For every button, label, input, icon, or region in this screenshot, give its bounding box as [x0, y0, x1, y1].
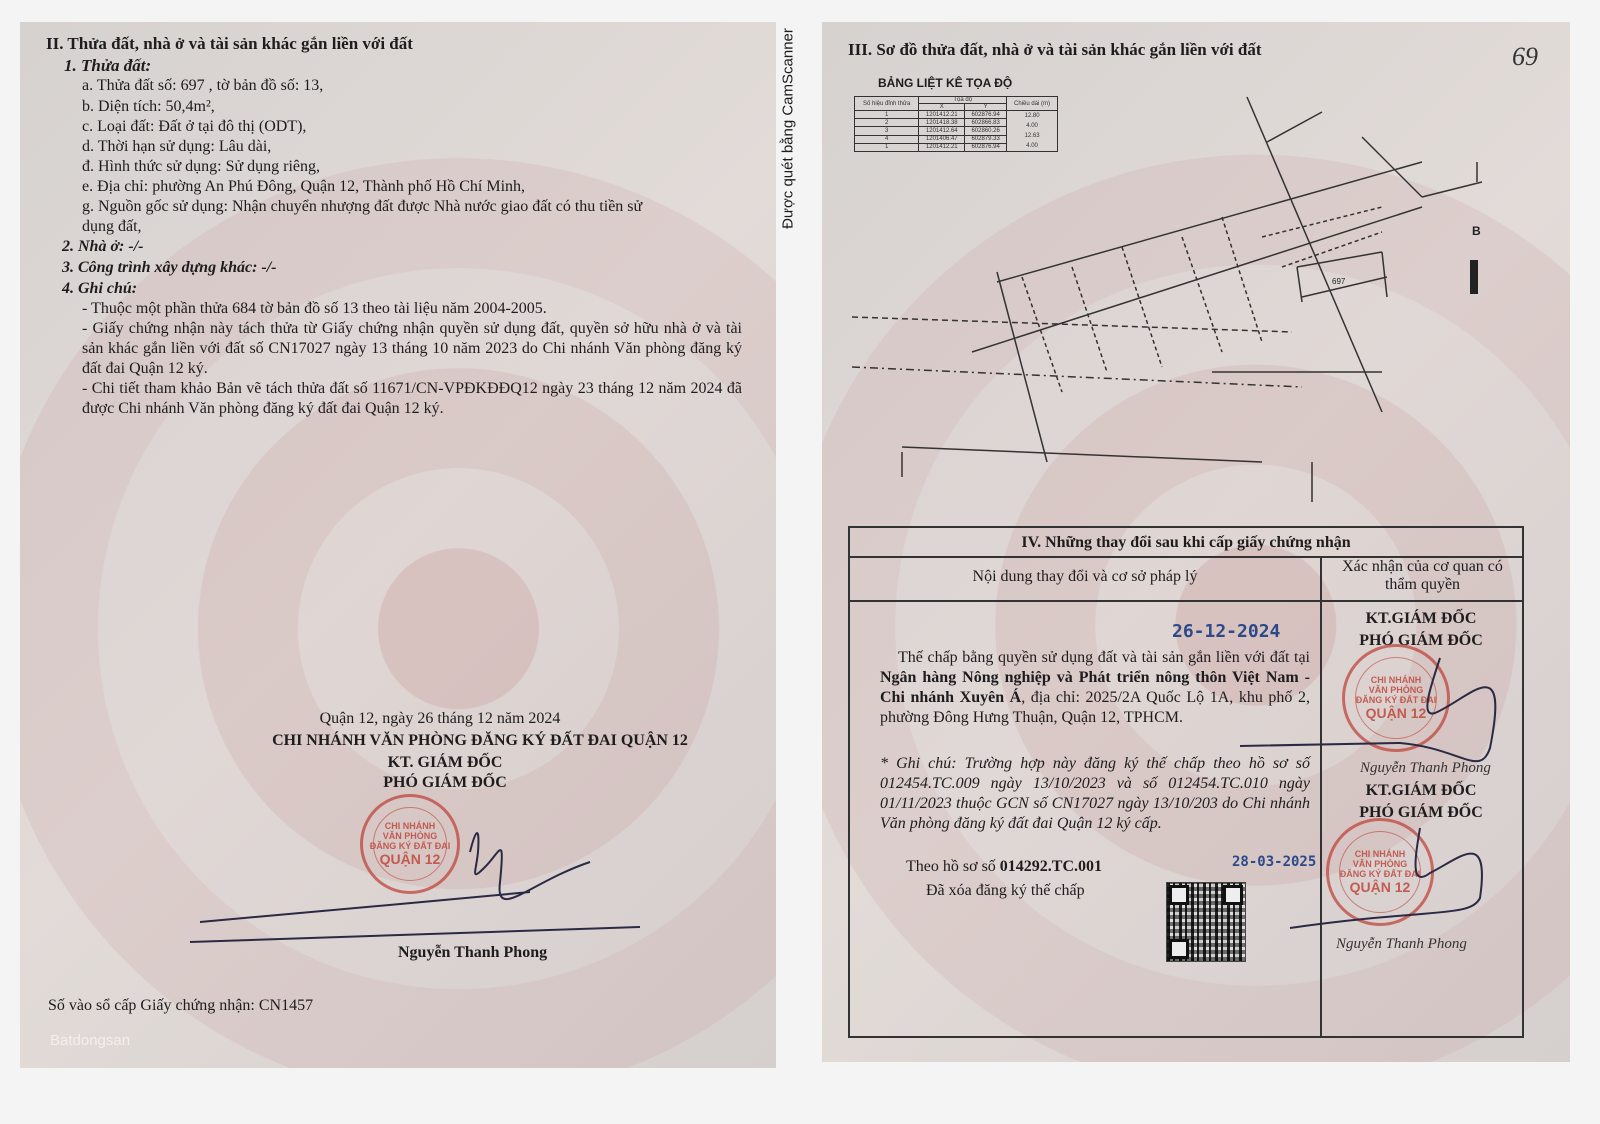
changes-section: IV. Những thay đổi sau khi cấp giấy chứn…: [848, 526, 1524, 1038]
certificate-page-left: II. Thửa đất, nhà ở và tài sản khác gắn …: [20, 22, 776, 1068]
watermark-logo: Batdongsan: [50, 1032, 130, 1049]
note-3: - Chi tiết tham khảo Bản vẽ tách thửa đấ…: [82, 379, 742, 419]
item1-title: 1. Thửa đất:: [64, 56, 151, 76]
note-1: - Thuộc một phần thửa 684 tờ bản đồ số 1…: [82, 300, 547, 318]
usage-form-line: đ. Hình thức sử dụng: Sử dụng riêng,: [82, 158, 320, 176]
cert-entry-number: Số vào sổ cấp Giấy chứng nhận: CN1457: [48, 997, 313, 1015]
parcel-map: 697 B: [822, 22, 1570, 522]
issuing-office: CHI NHÁNH VĂN PHÒNG ĐĂNG KÝ ĐẤT ĐAI QUẬN…: [220, 732, 740, 750]
note-2: - Giấy chứng nhận này tách thửa từ Giấy …: [82, 319, 742, 379]
item3-construction: 3. Công trình xây dựng khác: -/-: [62, 259, 277, 277]
signer-name: Nguyễn Thanh Phong: [398, 944, 547, 962]
area-line: b. Diện tích: 50,4m²,: [82, 98, 215, 116]
land-type-line: c. Loại đất: Đất ở tại đô thị (ODT),: [82, 118, 306, 136]
col-content-header: Nội dung thay đổi và cơ sở pháp lý: [850, 568, 1320, 586]
signatures-confirmation: [1230, 628, 1520, 948]
kt-director-1: KT.GIÁM ĐỐC: [1322, 610, 1520, 628]
certificate-page-right: 69 III. Sơ đồ thửa đất, nhà ở và tài sản…: [822, 22, 1570, 1062]
issue-date: Quận 12, ngày 26 tháng 12 năm 2024: [240, 710, 640, 728]
signature: [170, 792, 650, 952]
section-title-ii: II. Thửa đất, nhà ở và tài sản khác gắn …: [46, 34, 413, 54]
mortgage-cleared: Đã xóa đăng ký thế chấp: [926, 882, 1085, 900]
term-line: d. Thời hạn sử dụng: Lâu dài,: [82, 138, 271, 156]
origin-line-cont: dụng đất,: [82, 218, 142, 236]
item4-title: 4. Ghi chú:: [62, 280, 137, 298]
kt-director: KT. GIÁM ĐỐC: [320, 754, 570, 772]
col-confirmation-header: Xác nhận của cơ quan có thẩm quyền: [1330, 558, 1515, 594]
changes-section-title: IV. Những thay đổi sau khi cấp giấy chứn…: [850, 528, 1522, 558]
address-line: e. Địa chỉ: phường An Phú Đông, Quận 12,…: [82, 178, 525, 196]
camscanner-label: Được quét bằng CamScanner: [778, 20, 798, 240]
deputy-director: PHÓ GIÁM ĐỐC: [320, 774, 570, 792]
svg-text:697: 697: [1332, 277, 1346, 286]
dossier-line: Theo hồ sơ số 014292.TC.001: [906, 858, 1102, 876]
origin-line: g. Nguồn gốc sử dụng: Nhận chuyển nhượng…: [82, 198, 642, 216]
parcel-number-line: a. Thửa đất số: 697 , tờ bản đồ số: 13,: [82, 77, 323, 95]
svg-text:B: B: [1472, 224, 1481, 238]
item2-house: 2. Nhà ở: -/-: [62, 238, 143, 256]
